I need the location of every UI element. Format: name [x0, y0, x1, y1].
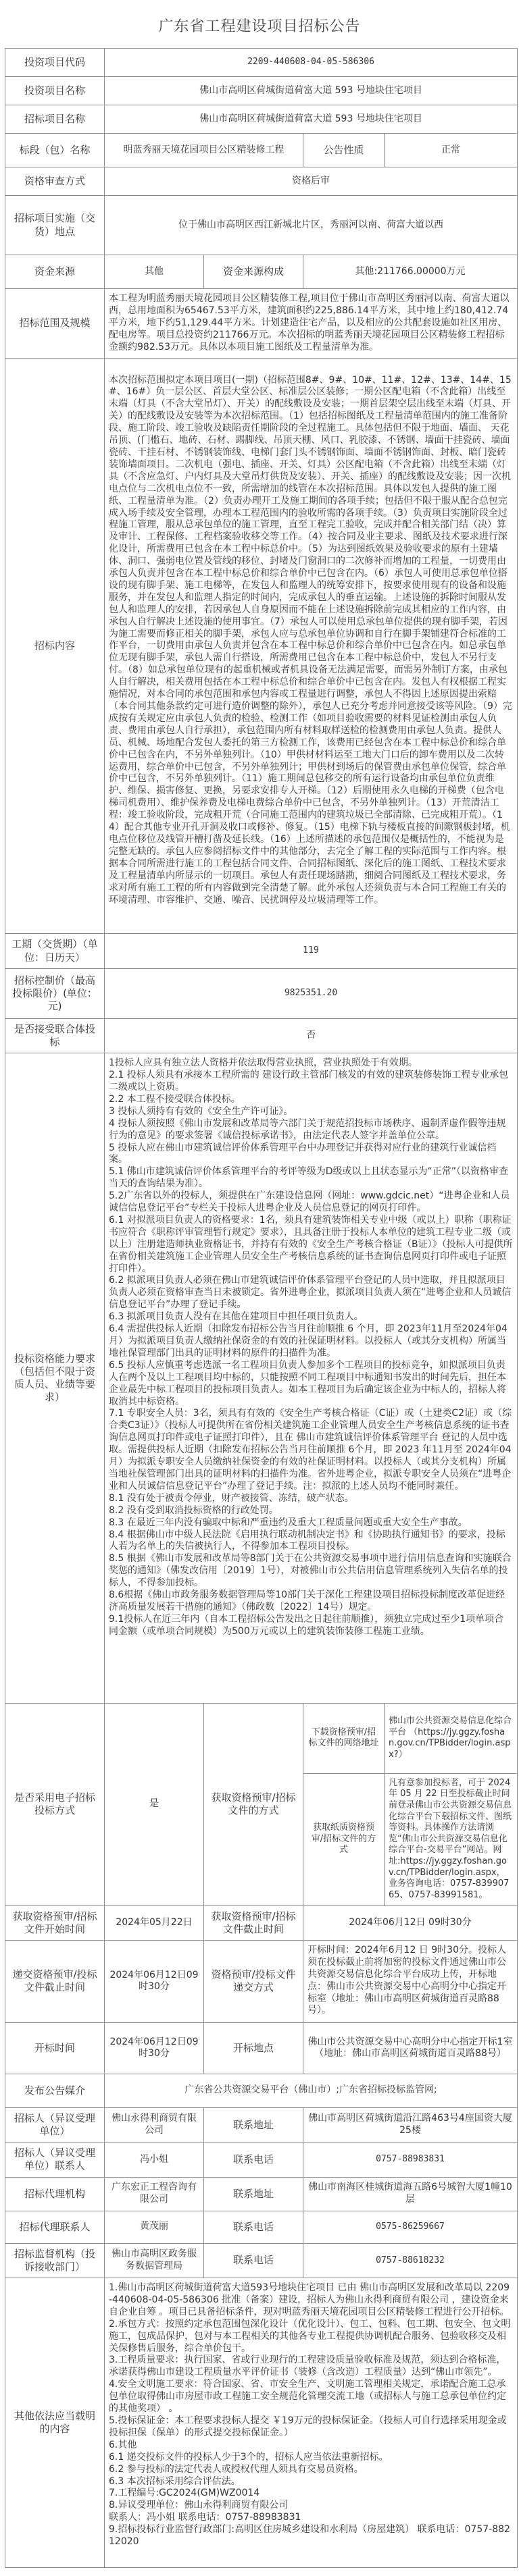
media-label: 发布公告媒介 — [5, 2074, 105, 2107]
investment-code-value: 2209-440608-04-05-586306 — [105, 49, 518, 77]
qualification-line: 8.2 没有受到取消投标资格的行政处罚。 — [109, 1505, 513, 1517]
other-value: 1.佛山市高明区荷城街道荷富大道593号地块住宅项目 已由 佛山市高明区发展和改… — [105, 2278, 518, 2568]
agency-contact-label: 招标代理联系人 — [5, 2211, 105, 2243]
row-location: 招标项目实施（交货）地点 位于佛山市高明区西江新城北片区，秀丽河以南、荷富大道以… — [5, 196, 518, 255]
notice-nature-value: 正常 — [385, 134, 518, 167]
qualification-line: 5 投标人应在佛山市建筑诚信评价体系管理平台中办理登记并获得对应行业的建筑行业诚… — [109, 1142, 513, 1167]
qualification-method-label: 资格审查方式 — [5, 167, 105, 196]
supervisor-phone-label: 联系电话 — [204, 2243, 303, 2278]
row-agency: 招标代理机构 广东宏正工程咨询有限公司 联系地址 佛山市南海区桂城街道海五路6号… — [5, 2177, 518, 2211]
other-line: 5.投标保证金：本工程要求投标人提交 ￥19万元的投标保证金。（投标人可自行选择… — [109, 2415, 513, 2440]
funding-label: 资金来源 — [5, 255, 105, 289]
qualification-line: 8.6根据《佛山市政务服务数据管理局等10部门关于深化工程建设项目招标投标制度改… — [109, 1589, 513, 1614]
scope-label: 招标范围及规模 — [5, 289, 105, 359]
row-tenderer: 招标人（异议受理单位） 佛山永得利商贸有限公司 联系地址 佛山市高明区荷城街道沿… — [5, 2107, 518, 2142]
location-value: 位于佛山市高明区西江新城北片区，秀丽河以南、荷富大道以西 — [105, 196, 518, 255]
qualification-line: 6.3 拟派项目负责人没有在其他在建项目中担任项目负责人。 — [109, 1311, 513, 1323]
tenderer-contact-label: 招标人（异议受理单位）联系人 — [5, 2143, 105, 2177]
agency-value: 广东宏正工程咨询有限公司 — [105, 2177, 204, 2211]
tenderer-phone-label: 联系电话 — [204, 2143, 303, 2177]
download-address-label: 下载资格预审/招标文件的网络地址 — [303, 1703, 385, 1773]
row-consortium: 是否接受联合体投标 否 — [5, 1018, 518, 1053]
tender-notice-table: 投资项目代码 2209-440608-04-05-586306 投资项目名称 佛… — [5, 48, 518, 2568]
opening-place-value: 佛山市公共资源交易中心高明分中心指定开标1室（地址：佛山市高明区荷城街道百灵路8… — [303, 2022, 518, 2074]
consortium-label: 是否接受联合体投标 — [5, 1018, 105, 1053]
agency-address-value: 佛山市南海区桂城街道海五路6号城智大厦1幢10层 — [303, 2177, 518, 2211]
qualification-line: 6.2 拟派项目负责人必须在佛山市建筑诚信评价体系管理平台登记的人员中选取，并且… — [109, 1275, 513, 1311]
opening-place-label: 开标地点 — [204, 2022, 303, 2074]
doc-end-label: 获取资格预审/招标文件截止时间 — [204, 1905, 303, 1940]
row-submission: 递交资格预审/投标文件截止时间 2024年06月12日09时30分 资格预审/投… — [5, 1940, 518, 2022]
other-line: 1.佛山市高明区荷城街道荷富大道593号地块住宅项目 已由 佛山市高明区发展和改… — [109, 2282, 513, 2319]
row-content: 招标内容 本次招标范围拟定本项目项目(一期)（招标范围8#、9#、10#、11#… — [5, 358, 518, 934]
submission-deadline-label: 递交资格预审/投标文件截止时间 — [5, 1940, 105, 2022]
tenderer-address-value: 佛山市高明区荷城街道沿江路463号4座国资大厦25楼 — [303, 2107, 518, 2142]
other-label: 其他依法应当载明的内容 — [5, 2278, 105, 2568]
funding-value: 其他 — [105, 255, 204, 289]
tenderer-label: 招标人（异议受理单位） — [5, 2107, 105, 2142]
qualifications-value: 1投标人应具有独立法人资格并依法取得营业执照，营业执照处于有效期。 2.1 投标… — [105, 1053, 518, 1704]
qualification-line: 8.5 根据《佛山市发展和改革局等8部门关于在公共资源交易事项中进行信用信息查询… — [109, 1553, 513, 1589]
qualification-line: 8.1 没有处于被责令停业，财产被接管、冻结，破产状态。 — [109, 1493, 513, 1505]
agency-label: 招标代理机构 — [5, 2177, 105, 2211]
row-supervisor: 招标监督机构（投诉接收部门） 佛山市高明区政务服务数据管理局 联系电话 0757… — [5, 2243, 518, 2278]
location-label: 招标项目实施（交货）地点 — [5, 196, 105, 255]
submission-method-label: 资格预审/投标文件递交方式 — [204, 1940, 303, 2022]
tenderer-value: 佛山永得利商贸有限公司 — [105, 2107, 204, 2142]
tenderer-address-label: 联系地址 — [204, 2107, 303, 2142]
qualifications-label: 投标资格能力要求（包括但不限于资质人员、业绩等要求） — [5, 1053, 105, 1704]
row-max-price: 招标控制价（最高投标限价）(单位：元) 9825351.20 — [5, 968, 518, 1018]
row-other: 其他依法应当载明的内容 1.佛山市高明区荷城街道荷富大道593号地块住宅项目 已… — [5, 2278, 518, 2568]
other-line: 6.1 递交投标文件的投标人少于3个的，招标人应当依法重新招标。 — [109, 2452, 513, 2464]
row-section-name: 标段（包）名称 明蓝秀丽天境花园项目公区精装修工程 公告性质 正常 — [5, 134, 518, 167]
other-line: 7.工程编号:GC2024(GM)WZ0014 — [109, 2488, 513, 2500]
investment-name-value: 佛山市高明区荷城街道荷富大道 593 号地块住宅项目 — [105, 77, 518, 105]
other-line: 6.3 本次招标采用综合评估法。 — [109, 2476, 513, 2488]
funding-composition-label: 资金来源构成 — [204, 255, 303, 289]
row-electronic-download: 是否采用电子招标投标方式 是 获取资格预审/招标文件的方式 下载资格预审/招标文… — [5, 1703, 518, 1773]
other-line: 9.招标投标行业监督行政部门:高明区住房城乡建设和水利局（房屋建筑） 联系电话：… — [109, 2524, 513, 2548]
agency-phone-value: 0575-86259667 — [303, 2211, 518, 2243]
qualification-line: 8.4 根据佛山市中级人民法院《启用执行联动机制决定书》和《协助执行通知书》的要… — [109, 1529, 513, 1554]
row-agency-contact: 招标代理联系人 黄茂丽 联系电话 0575-86259667 — [5, 2211, 518, 2243]
tender-project-name-label: 招标项目名称 — [5, 105, 105, 134]
row-opening: 开标时间 2024年06月12日09时30分 开标地点 佛山市公共资源交易中心高… — [5, 2022, 518, 2074]
tender-project-name-value: 佛山市高明区荷城街道荷富大道 593 号地块住宅项目 — [105, 105, 518, 134]
notice-nature-label: 公告性质 — [303, 134, 385, 167]
doc-start-label: 获取资格预审/招标文件开始时间 — [5, 1905, 105, 1940]
qualification-method-value: 资格后审 — [105, 167, 518, 196]
row-doc-time: 获取资格预审/招标文件开始时间 2024年05月22日 获取资格预审/招标文件截… — [5, 1905, 518, 1940]
tenderer-phone-value: 0757-88983831 — [303, 2143, 518, 2177]
other-line: 6.其他 — [109, 2440, 513, 2452]
row-funding: 资金来源 其他 资金来源构成 其他:211766.00000万元 — [5, 255, 518, 289]
supervisor-label: 招标监督机构（投诉接收部门） — [5, 2243, 105, 2278]
bottom-spacer — [0, 2568, 519, 2576]
agency-contact-value: 黄茂丽 — [105, 2211, 204, 2243]
qualification-line: 6.4 需提供投标人近期（扣除发布招标公告当月往前顺推 6 个月，即 2023年… — [109, 1323, 513, 1360]
duration-value: 119 — [105, 934, 518, 968]
agency-phone-label: 联系电话 — [204, 2211, 303, 2243]
doc-method-label: 获取资格预审/招标文件的方式 — [204, 1703, 303, 1905]
row-tenderer-contact: 招标人（异议受理单位）联系人 冯小姐 联系电话 0757-88983831 — [5, 2143, 518, 2177]
investment-name-label: 投资项目名称 — [5, 77, 105, 105]
row-tender-project-name: 招标项目名称 佛山市高明区荷城街道荷富大道 593 号地块住宅项目 — [5, 105, 518, 134]
qualification-line: 5.2广东省以外的投标人，须提供在广东建设信息网（网址：www.gdcic.ne… — [109, 1190, 513, 1215]
max-price-value: 9825351.20 — [105, 968, 518, 1018]
other-line: 6.2 参与投标的法定代表人或授权代理人须具有交易员资格。 — [109, 2464, 513, 2476]
section-name-label: 标段（包）名称 — [5, 134, 105, 167]
duration-label: 工期（交货期）（单位：日历天） — [5, 934, 105, 968]
other-line: 4.安全文明施工要求：符合国家、省、市安全生产、文明施工管理相关规定，承诺配合施… — [109, 2379, 513, 2415]
other-line: 联系人：冯小姐 联系电话：0757-88983831 — [109, 2512, 513, 2524]
tenderer-contact-value: 冯小姐 — [105, 2143, 204, 2177]
opening-time-value: 2024年06月12日09时30分 — [105, 2022, 204, 2074]
electronic-label: 是否采用电子招标投标方式 — [5, 1703, 105, 1905]
doc-start-value: 2024年05月22日 — [105, 1905, 204, 1940]
row-investment-code: 投资项目代码 2209-440608-04-05-586306 — [5, 49, 518, 77]
media-value: 广东省公共资源交易平台（佛山市）;广东省招标投标监管网; — [105, 2074, 518, 2107]
submission-deadline-value: 2024年06月12日09时30分 — [105, 1940, 204, 2022]
funding-composition-value: 其他:211766.00000万元 — [303, 255, 518, 289]
page-title: 广东省工程建设项目招标公告 — [0, 0, 519, 48]
other-line: 2.承包方式：按照约定承包范围包深化设计（优化设计）、包工、包料、包工期、包安全… — [109, 2319, 513, 2355]
row-media: 发布公告媒介 广东省公共资源交易平台（佛山市）;广东省招标投标监管网; — [5, 2074, 518, 2107]
qualification-line: 6.5 投标人应慎重考虑选派一名工程项目负责人参加多个工程项目的投标竞争，如拟派… — [109, 1360, 513, 1409]
opening-time-label: 开标时间 — [5, 2022, 105, 2074]
row-duration: 工期（交货期）（单位：日历天） 119 — [5, 934, 518, 968]
qualification-line: 6.1 对拟派项目负责人的资格要求：1名，须具有建筑装饰相关专业中级（或以上）职… — [109, 1215, 513, 1276]
paper-method-value: 凡有意参加投标者，可于 2024 年 05 月 22 日至投标截止时间前登录佛山… — [385, 1773, 518, 1905]
row-investment-name: 投资项目名称 佛山市高明区荷城街道荷富大道 593 号地块住宅项目 — [5, 77, 518, 105]
download-address-link[interactable]: 佛山市公共资源交易信息化综合平台 （https://jy.ggzy.foshan… — [385, 1703, 518, 1773]
row-qualifications: 投标资格能力要求（包括但不限于资质人员、业绩等要求） 1投标人应具有独立法人资格… — [5, 1053, 518, 1704]
other-line: 3.工程质量要求：执行国家、省或行业现行的工程建设质量验收标准及规范，须达到合格… — [109, 2355, 513, 2379]
submission-method-value: 开标时间：2024年6月12 日 9时30分。投标人须在投标截止前将加密的投标文… — [303, 1940, 518, 2022]
agency-address-label: 联系地址 — [204, 2177, 303, 2211]
section-name-value: 明蓝秀丽天境花园项目公区精装修工程 — [105, 134, 303, 167]
qualification-line: 4 投标人须按照《佛山市发展和改革局等六部门关于规范招投标市场秩序、遏制弄虚作假… — [109, 1118, 513, 1142]
supervisor-phone-value: 0757-88618232 — [303, 2243, 518, 2278]
content-value: 本次招标范围拟定本项目项目(一期)（招标范围8#、9#、10#、11#、12#、… — [105, 358, 518, 934]
qualification-line: 9.1投标人在近三年内（自本工程招标公告发出之日起往前顺推），须独立完成过至少1… — [109, 1614, 513, 1638]
supervisor-value: 佛山市高明区政务服务数据管理局 — [105, 2243, 204, 2278]
qualification-line: 2.2 本工程不接受联合体投标。 — [109, 1094, 513, 1106]
doc-end-value: 2024年06月12日 09时30分 — [303, 1905, 518, 1940]
row-qualification-method: 资格审查方式 资格后审 — [5, 167, 518, 196]
qualification-line: 3 投标人须持有有效的《安全生产许可证》。 — [109, 1106, 513, 1118]
qualification-line: 5.1 佛山市建筑诚信评价体系管理平台的考评等级为D级或以上且状态显示为“正常”… — [109, 1166, 513, 1190]
max-price-label: 招标控制价（最高投标限价）(单位：元) — [5, 968, 105, 1018]
qualification-line: 2.1 投标人须具有承接本工程所需的 建设行政主管部门核发的有效的建筑装修装饰工… — [109, 1070, 513, 1094]
qualification-line: 8.3 在最近三年内没有骗取中标和严重违约及重大工程质量问题或重大安全生产事故。 — [109, 1517, 513, 1529]
electronic-value: 是 — [105, 1703, 204, 1905]
consortium-value: 否 — [105, 1018, 518, 1053]
content-label: 招标内容 — [5, 358, 105, 934]
other-line: 8.异议受理单位：佛山永得利商贸有限公司 — [109, 2500, 513, 2512]
row-scope: 招标范围及规模 本工程为明蓝秀丽天境花园项目公区精装修工程,项目位于佛山市高明区… — [5, 289, 518, 359]
scope-value: 本工程为明蓝秀丽天境花园项目公区精装修工程,项目位于佛山市高明区秀丽河以南、荷富… — [105, 289, 518, 359]
investment-code-label: 投资项目代码 — [5, 49, 105, 77]
paper-method-label: 获取纸质资格预审/招标文件的方式 — [303, 1773, 385, 1905]
qualification-line: 1投标人应具有独立法人资格并依法取得营业执照，营业执照处于有效期。 — [109, 1057, 513, 1070]
qualification-line: 7.1 专职安全人员：3名，须具有有效的《安全生产考核合格证（C证）或（土建类C… — [109, 1408, 513, 1492]
